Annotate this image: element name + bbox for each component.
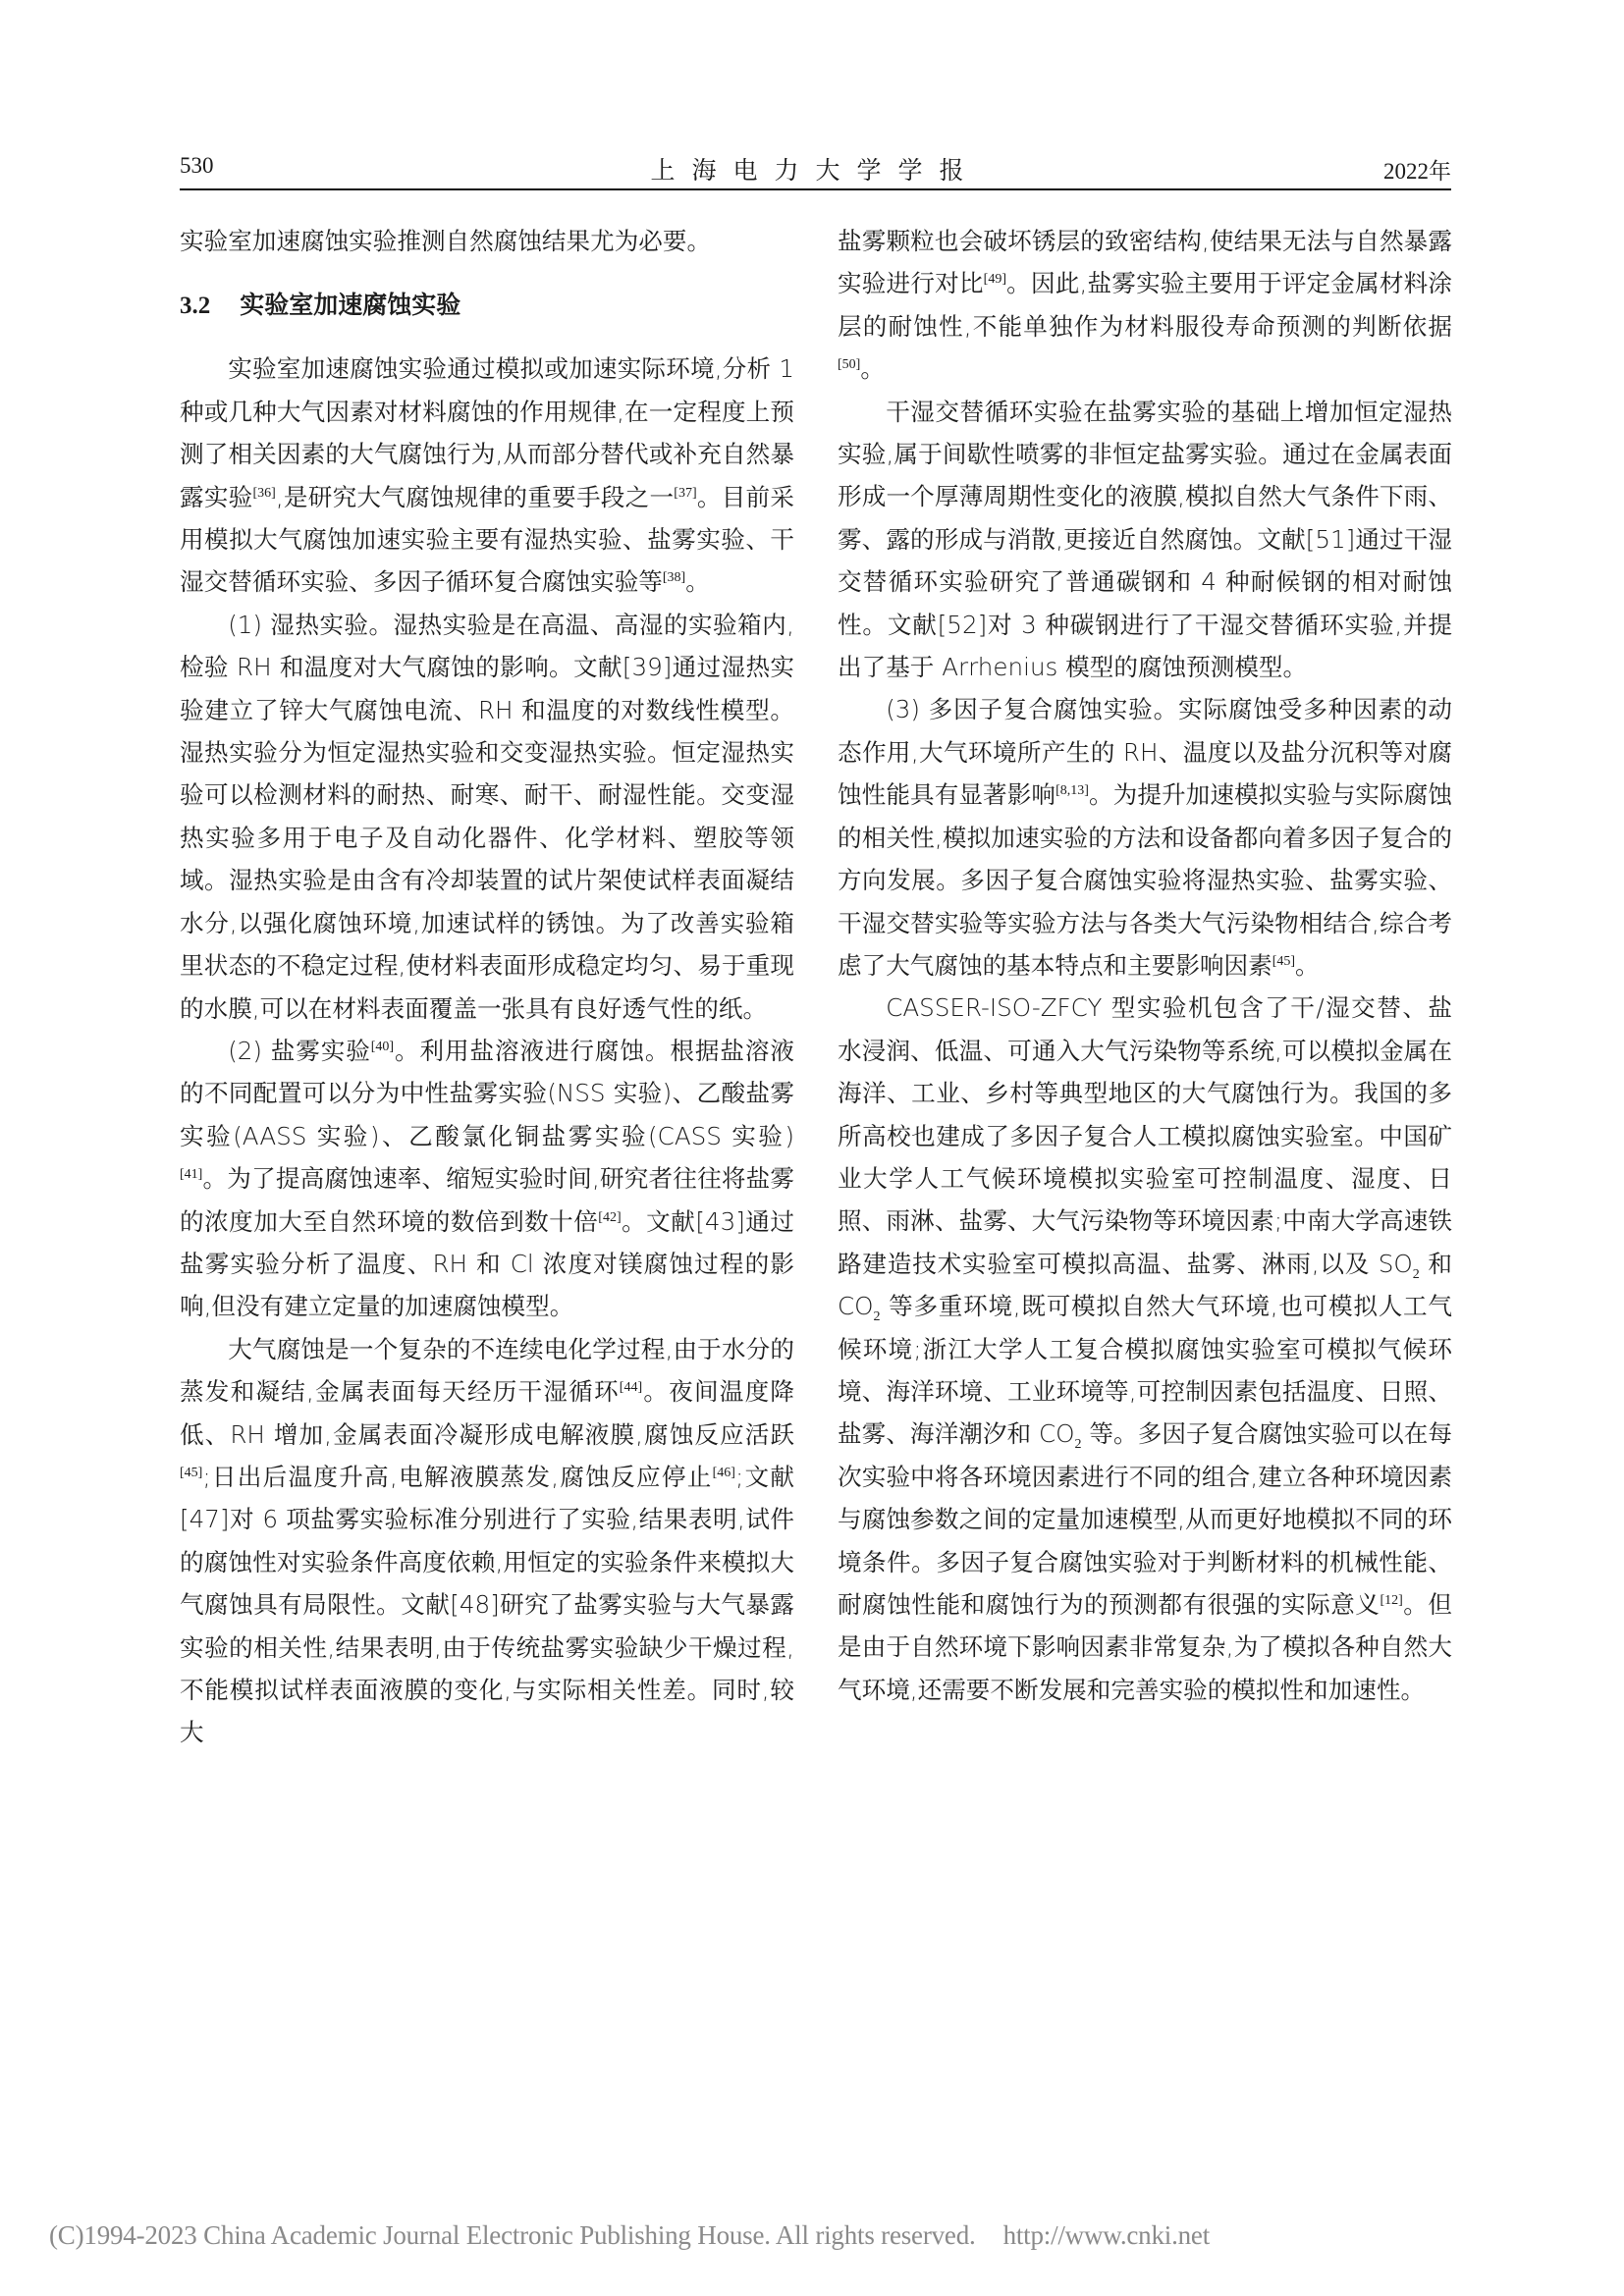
- publication-year: 2022年: [1383, 153, 1451, 186]
- paragraph-continuation: 实验室加速腐蚀实验推测自然腐蚀结果尤为必要。: [180, 220, 794, 262]
- text-run: CASSER-ISO-ZFCY 型实验机包含了干/湿交替、盐水浸润、低温、可通入…: [838, 993, 1452, 1277]
- citation-42[interactable]: [42]: [598, 1210, 621, 1225]
- text-run: (2) 盐雾实验: [228, 1037, 371, 1065]
- citation-36[interactable]: [36]: [253, 486, 276, 501]
- text-run: 。: [1295, 951, 1320, 980]
- paragraph-dry-wet-cycle: 干湿交替循环实验在盐雾实验的基础上增加恒定湿热实验,属于间歇性喷雾的非恒定盐雾实…: [838, 391, 1452, 689]
- paragraph-casser-machine: CASSER-ISO-ZFCY 型实验机包含了干/湿交替、盐水浸润、低温、可通入…: [838, 987, 1452, 1711]
- text-run: 等。多因子复合腐蚀实验可以在每次实验中将各环境因素进行不同的组合,建立各种环境因…: [838, 1419, 1452, 1619]
- paragraph-salt-spray-test: (2) 盐雾实验[40]。利用盐溶液进行腐蚀。根据盐溶液的不同配置可以分为中性盐…: [180, 1030, 794, 1328]
- text-run: ;日出后温度升高,电解液膜蒸发,腐蚀反应停止: [202, 1463, 712, 1491]
- citation-37[interactable]: [37]: [674, 486, 696, 501]
- citation-49[interactable]: [49]: [984, 272, 1006, 287]
- copyright-text: (C)1994-2023 China Academic Journal Elec…: [49, 2220, 976, 2250]
- section-number: 3.2: [180, 293, 210, 319]
- citation-45[interactable]: [45]: [180, 1466, 202, 1480]
- running-header: 530 上海电力大学学报 2022年: [180, 149, 1451, 188]
- section-title: 实验室加速腐蚀实验: [240, 291, 460, 319]
- subscript: 2: [1413, 1267, 1420, 1282]
- text-run: 。为提升加速模拟实验与实际腐蚀的相关性,模拟加速实验的方法和设备都向着多因子复合…: [838, 780, 1452, 980]
- cnki-link[interactable]: http://www.cnki.net: [1003, 2220, 1210, 2250]
- citation-40[interactable]: [40]: [371, 1040, 394, 1054]
- paragraph-atmospheric-corrosion: 大气腐蚀是一个复杂的不连续电化学过程,由于水分的蒸发和凝结,金属表面每天经历干湿…: [180, 1328, 794, 1754]
- text-run: ;文献[47]对 6 项盐雾实验标准分别进行了实验,结果表明,试件的腐蚀性对实验…: [180, 1463, 794, 1746]
- paragraph-damp-heat-test: (1) 湿热实验。湿热实验是在高温、高湿的实验箱内,检验 RH 和温度对大气腐蚀…: [180, 604, 794, 1030]
- citation-45[interactable]: [45]: [1272, 954, 1295, 969]
- left-column: 实验室加速腐蚀实验推测自然腐蚀结果尤为必要。 3.2实验室加速腐蚀实验 实验室加…: [180, 220, 794, 1754]
- citation-38[interactable]: [38]: [663, 570, 685, 585]
- citation-44[interactable]: [44]: [620, 1380, 642, 1395]
- paragraph-multi-factor-test: (3) 多因子复合腐蚀实验。实际腐蚀受多种因素的动态作用,大气环境所产生的 RH…: [838, 688, 1452, 987]
- text-run: 。: [685, 567, 710, 596]
- journal-title: 上海电力大学学报: [180, 151, 1451, 187]
- subscript: 2: [1075, 1437, 1082, 1452]
- subscript: 2: [874, 1309, 881, 1324]
- paragraph-intro: 实验室加速腐蚀实验通过模拟或加速实际环境,分析 1 种或几种大气因素对材料腐蚀的…: [180, 347, 794, 603]
- section-heading: 3.2实验室加速腐蚀实验: [180, 284, 794, 327]
- header-rule: [180, 188, 1451, 190]
- text-run: ,是研究大气腐蚀规律的重要手段之一: [276, 483, 674, 511]
- citation-46[interactable]: [46]: [713, 1466, 735, 1480]
- copyright-footer: (C)1994-2023 China Academic Journal Elec…: [49, 2220, 1210, 2251]
- text-run: 。: [860, 354, 885, 383]
- citation-50[interactable]: [50]: [838, 357, 860, 372]
- citation-41[interactable]: [41]: [180, 1167, 202, 1182]
- paragraph-continuation: 盐雾颗粒也会破坏锈层的致密结构,使结果无法与自然暴露实验进行对比[49]。因此,…: [838, 220, 1452, 391]
- right-column: 盐雾颗粒也会破坏锈层的致密结构,使结果无法与自然暴露实验进行对比[49]。因此,…: [838, 220, 1452, 1711]
- citation-12[interactable]: [12]: [1380, 1593, 1402, 1608]
- citation-8-13[interactable]: [8,13]: [1056, 783, 1089, 798]
